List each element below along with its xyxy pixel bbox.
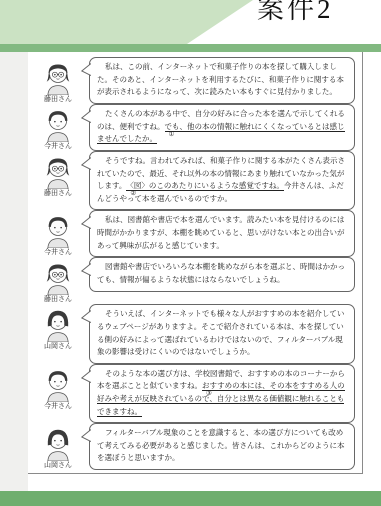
yamaoka-avatar-icon	[36, 425, 80, 461]
speech-bubble: そういえば、インターネットでも様々な人がおすすめの本を紹介しているウェブページが…	[89, 304, 355, 363]
bubble-tail-icon	[81, 216, 91, 229]
bubble-text: そうですね。言われてみれば、和菓子作りに関する本がたくさん表示されていたので、最…	[97, 155, 347, 205]
speaker: 藤田さん	[36, 257, 80, 304]
text-segment: 図書館や書店でいろいろな本棚を眺めながら本を選ぶと、時間はかかっても、情報が偏る…	[97, 262, 345, 284]
bubble-text: 私は、この前、インターネットで和菓子作りの本を探して購入しました。そのあと、イン…	[97, 61, 347, 99]
dialogue-box: 藤田さん私は、この前、インターネットで和菓子作りの本を探して購入しました。そのあ…	[28, 52, 363, 474]
header-band	[0, 0, 270, 44]
bubble-tail-icon	[81, 110, 91, 123]
dialogue-row: 藤田さん私は、この前、インターネットで和菓子作りの本を探して購入しました。そのあ…	[36, 57, 356, 104]
speaker-name: 今井さん	[36, 143, 80, 151]
text-segment: そういえば、インターネットでも様々な人がおすすめの本を紹介しているウェブページが…	[97, 309, 344, 356]
bubble-text: 図書館や書店でいろいろな本棚を眺めながら本を選ぶと、時間はかかっても、情報が偏る…	[97, 261, 347, 286]
text-segment: 私は、この前、インターネットで和菓子作りの本を探して購入しました。そのあと、イン…	[97, 62, 344, 96]
speech-bubble: 私は、この前、インターネットで和菓子作りの本を探して購入しました。そのあと、イン…	[89, 57, 355, 104]
dialogue-row: 今井さん私は、図書館や書店で本を選んでいます。読みたい本を見付けるのには時間がか…	[36, 210, 356, 257]
fujita-avatar-icon	[36, 59, 80, 95]
speaker: 藤田さん	[36, 57, 80, 104]
speech-bubble: フィルターバブル現象のことを意識すると、本の選び方についても改めて考えてみる必要…	[89, 423, 355, 470]
dialogue-row: 山岡さんフィルターバブル現象のことを意識すると、本の選び方についても改めて考えて…	[36, 423, 356, 470]
speech-bubble: たくさんの本がある中で、自分の好みに合った本を選んで示してくれるのは、便利ですね…	[89, 104, 355, 151]
dialogue-row: 藤田さんそうですね。言われてみれば、和菓子作りに関する本がたくさん表示されていた…	[36, 151, 356, 210]
bubble-tail-icon	[81, 263, 91, 276]
imai-avatar-icon	[36, 366, 80, 402]
speech-bubble: 図書館や書店でいろいろな本棚を眺めながら本を選ぶと、時間はかかっても、情報が偏る…	[89, 257, 355, 291]
header-accent-bar	[0, 44, 381, 52]
bubble-tail-icon	[81, 310, 91, 323]
speaker: 山岡さん	[36, 423, 80, 470]
bubble-tail-icon	[81, 63, 91, 76]
speaker: 今井さん	[36, 104, 80, 151]
bubble-text: フィルターバブル現象のことを意識すると、本の選び方についても改めて考えてみる必要…	[97, 427, 347, 465]
dialogue-row: 今井さんそのような本の選び方は、学校図書館で、おすすめの本のコーナーから本を選ぶ…	[36, 364, 356, 423]
speaker-name: 藤田さん	[36, 96, 80, 104]
dialogue-row: 今井さんたくさんの本がある中で、自分の好みに合った本を選んで示してくれるのは、便…	[36, 104, 356, 151]
yamaoka-avatar-icon	[36, 306, 80, 342]
left-margin	[0, 52, 28, 491]
bubble-text: そういえば、インターネットでも様々な人がおすすめの本を紹介しているウェブページが…	[97, 308, 347, 358]
bubble-tail-icon	[81, 429, 91, 442]
speaker-name: 藤田さん	[36, 190, 80, 198]
underline-marker: ①	[161, 132, 171, 139]
speech-bubble: そのような本の選び方は、学校図書館で、おすすめの本のコーナーから本を選ぶことと似…	[89, 364, 355, 423]
bubble-text: そのような本の選び方は、学校図書館で、おすすめの本のコーナーから本を選ぶことと似…	[97, 368, 347, 418]
speaker: 藤田さん	[36, 151, 80, 198]
dialogue-rows: 藤田さん私は、この前、インターネットで和菓子作りの本を探して購入しました。そのあ…	[36, 57, 356, 467]
text-segment: フィルターバブル現象のことを意識すると、本の選び方についても改めて考えてみる必要…	[97, 428, 345, 462]
dialogue-row: 藤田さん図書館や書店でいろいろな本棚を眺めながら本を選ぶと、時間はかかっても、情…	[36, 257, 356, 304]
fujita-avatar-icon	[36, 153, 80, 189]
text-segment: 〈図〉のこのあたりにいるような感覚ですね。	[126, 181, 284, 190]
bubble-text: たくさんの本がある中で、自分の好みに合った本を選んで示してくれるのは、便利ですね…	[97, 108, 347, 146]
speaker: 今井さん	[36, 210, 80, 257]
speaker-name: 今井さん	[36, 249, 80, 257]
imai-avatar-icon	[36, 212, 80, 248]
speaker-name: 今井さん	[36, 403, 80, 411]
speech-bubble: そうですね。言われてみれば、和菓子作りに関する本がたくさん表示されていたので、最…	[89, 151, 355, 210]
text-segment: 私は、図書館や書店で本を選んでいます。読みたい本を見付けるのには時間がかかります…	[97, 215, 345, 249]
underline-marker: ②	[122, 191, 132, 198]
bubble-text: 私は、図書館や書店で本を選んでいます。読みたい本を見付けるのには時間がかかります…	[97, 214, 347, 252]
bubble-tail-icon	[81, 370, 91, 383]
speaker: 今井さん	[36, 364, 80, 411]
speaker-name: 山岡さん	[36, 343, 80, 351]
fujita-avatar-icon	[36, 259, 80, 295]
dialogue-row: 山岡さんそういえば、インターネットでも様々な人がおすすめの本を紹介しているウェブ…	[36, 304, 356, 363]
speaker-name: 藤田さん	[36, 296, 80, 304]
underline-marker: ③	[198, 391, 208, 398]
footer-band	[0, 491, 381, 506]
exam-page: { "header": { "title_partial": "案件2" }, …	[0, 0, 381, 506]
speaker-name: 山岡さん	[36, 462, 80, 470]
speech-bubble: 私は、図書館や書店で本を選んでいます。読みたい本を見付けるのには時間がかかります…	[89, 210, 355, 257]
bubble-tail-icon	[81, 157, 91, 170]
speaker: 山岡さん	[36, 304, 80, 351]
imai-avatar-icon	[36, 106, 80, 142]
page-title: 案件2	[257, 0, 334, 26]
